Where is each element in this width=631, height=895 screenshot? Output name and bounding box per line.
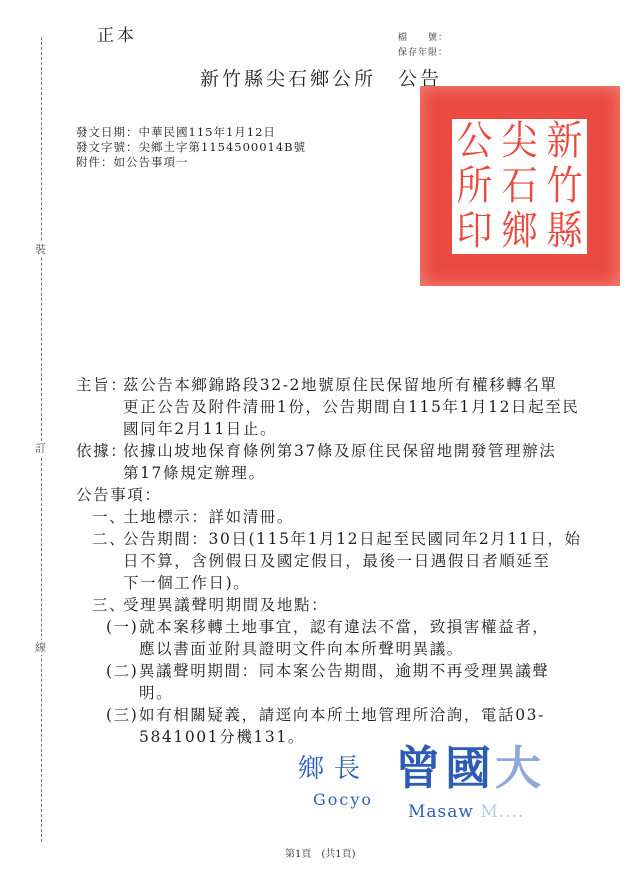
- item-line: 日不算，含例假日及國定假日，最後一日遇假日者順延至: [123, 551, 551, 573]
- subject-line: 國同年2月11日止。: [123, 419, 277, 441]
- binding-mark-ding: 訂: [35, 441, 46, 456]
- seal-char: 尖: [497, 117, 542, 167]
- subitem-line: 明。: [139, 683, 173, 705]
- seal-inner-field: 新 竹 縣 尖 石 鄉 公 所 印: [452, 119, 587, 254]
- signatory-name-main: 曾國: [395, 741, 495, 795]
- subitem-number: (三): [106, 705, 138, 727]
- binding-mark-zhuang: 裝: [35, 242, 46, 257]
- document-title: 新竹縣尖石鄉公所 公告: [200, 64, 442, 91]
- subitem-line: 5841001分機131。: [139, 727, 305, 749]
- item-line: 土地標示：詳如清冊。: [123, 507, 294, 529]
- romanized-name-main: Masaw: [408, 802, 474, 822]
- issue-date: 發文日期：中華民國115年1月12日: [76, 125, 276, 139]
- subitem-line: 應以書面並附具證明文件向本所聲明異議。: [139, 639, 464, 661]
- document-number: 發文字號：尖鄉土字第1154500014B號: [76, 140, 306, 154]
- copy-mark: 正本: [97, 21, 137, 46]
- romanized-name-faded: M....: [480, 802, 524, 822]
- subitem-line: 如有相關疑義，請逕向本所土地管理所洽詢，電話03-: [139, 705, 545, 727]
- subitem-line: 就本案移轉土地事宜，認有違法不當，致損害權益者，: [139, 617, 549, 639]
- seal-char: 竹: [542, 162, 587, 212]
- page-number: 第1頁 (共1頁): [285, 845, 356, 860]
- subject-line: 更正公告及附件清冊1份，公告期間自115年1月12日起至民: [123, 397, 579, 419]
- basis-line: 第17條規定辦理。: [123, 463, 266, 485]
- seal-char: 印: [452, 207, 497, 257]
- seal-char: 石: [497, 162, 542, 212]
- signatory-name: 曾國大: [395, 732, 545, 798]
- seal-char: 所: [452, 162, 497, 212]
- item-line: 下一個工作日)。: [123, 573, 250, 595]
- basis-label: 依據：: [76, 441, 127, 463]
- items-label: 公告事項：: [76, 485, 162, 507]
- signatory-name-faded: 大: [495, 741, 545, 795]
- seal-char: 鄉: [497, 207, 542, 257]
- item-line: 公告期間：30日(115年1月12日起至民國同年2月11日，始: [123, 529, 582, 551]
- subject-line: 茲公告本鄉錦路段32-2地號原住民保留地所有權移轉名單: [123, 375, 558, 397]
- binding-mark-xian: 線: [35, 640, 46, 655]
- file-number-label: 檔 號：: [398, 30, 448, 43]
- signatory-title-romanized: Gocyo: [313, 790, 373, 809]
- signatory-name-romanized: Masaw M....: [408, 802, 524, 822]
- seal-char: 新: [542, 117, 587, 167]
- item-line: 受理異議聲明期間及地點：: [123, 595, 328, 617]
- signatory-title: 鄉長: [298, 748, 370, 785]
- item-number: 二、: [92, 529, 126, 551]
- seal-char: 公: [452, 117, 497, 167]
- binding-line: [41, 37, 42, 842]
- subject-label: 主旨：: [76, 375, 127, 397]
- item-number: 一、: [92, 507, 126, 529]
- item-number: 三、: [92, 595, 126, 617]
- subitem-number: (二): [106, 661, 138, 683]
- attachment-note: 附件：如公告事項一: [76, 155, 189, 169]
- subitem-line: 異議聲明期間：同本案公告期間，逾期不再受理異議聲: [139, 661, 549, 683]
- subitem-number: (一): [106, 617, 138, 639]
- basis-line: 依據山坡地保育條例第37條及原住民保留地開發管理辦法: [123, 441, 556, 463]
- retention-period-label: 保存年限：: [398, 45, 448, 58]
- seal-char: 縣: [542, 207, 587, 257]
- official-seal: 新 竹 縣 尖 石 鄉 公 所 印: [420, 86, 620, 286]
